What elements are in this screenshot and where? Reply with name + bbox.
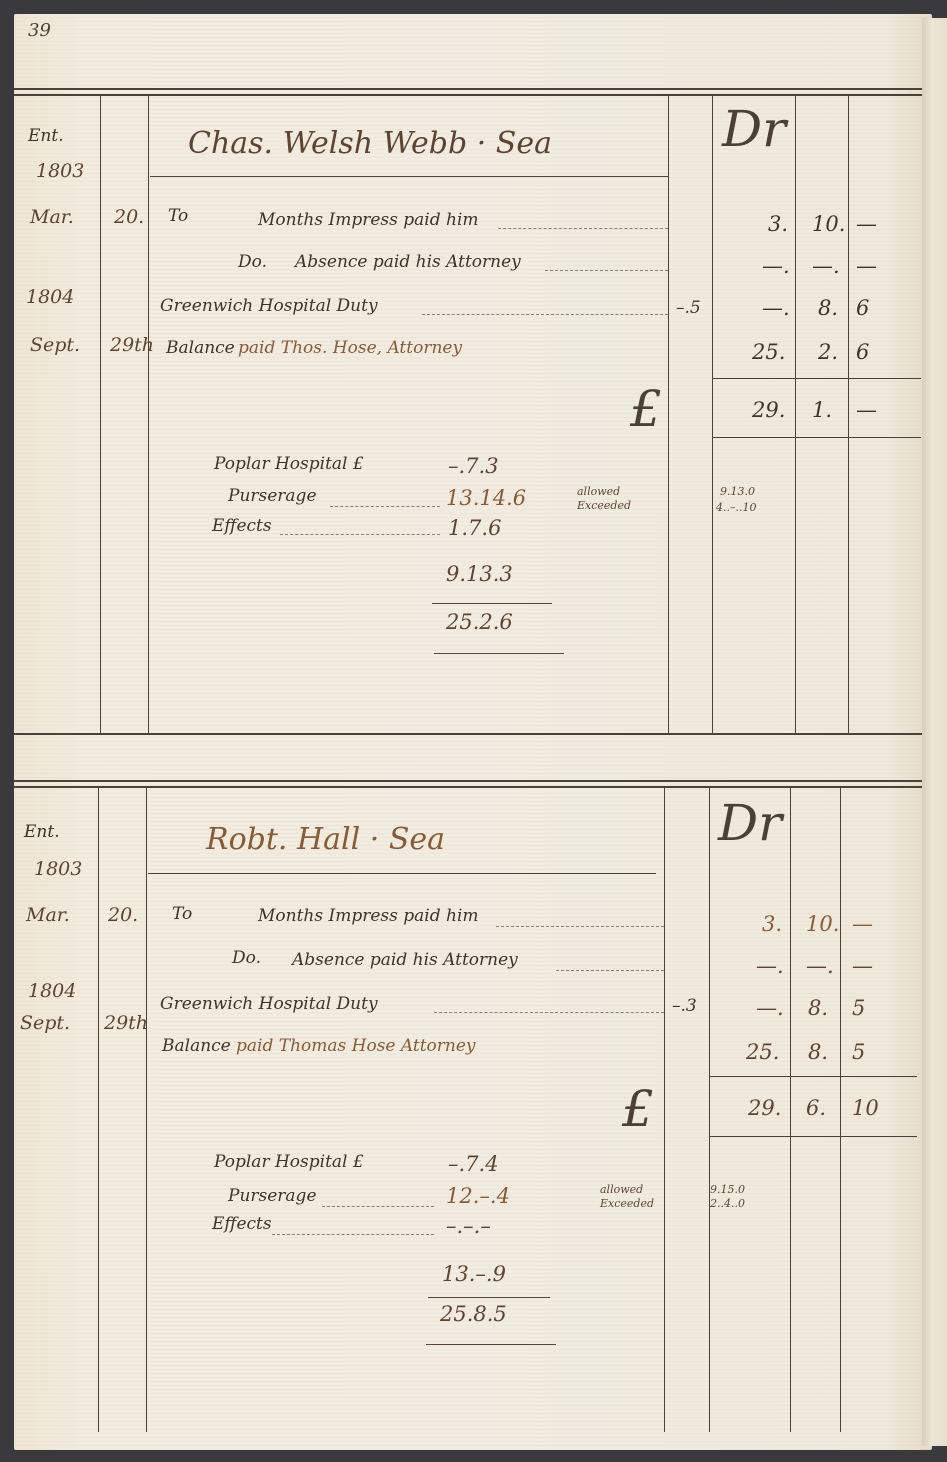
amount-pence: —	[852, 954, 873, 978]
month: Mar.	[30, 206, 74, 228]
leader-dots	[330, 506, 440, 507]
col-divider	[790, 787, 791, 1432]
col-divider	[840, 787, 841, 1432]
month: Sept.	[30, 334, 80, 356]
entry-prefix: Do.	[238, 252, 267, 272]
entry-label: Ent.	[28, 126, 64, 146]
entry-description: Greenwich Hospital Duty	[160, 296, 378, 316]
total-pence: 10	[852, 1096, 879, 1120]
col-divider	[712, 95, 713, 733]
amount-pounds: 25.	[752, 340, 785, 364]
breakdown-value: –.7.4	[448, 1152, 499, 1176]
entry-prefix: Do.	[232, 948, 261, 968]
entry-memo: –.3	[672, 996, 697, 1016]
col-divider	[98, 787, 99, 1432]
amount-shillings: 8.	[818, 296, 838, 320]
entry-prefix: To	[172, 904, 192, 924]
header-rule	[150, 176, 668, 177]
breakdown-value: –.7.3	[448, 454, 499, 478]
entry-memo: –.5	[676, 298, 701, 318]
amount-pounds: —.	[756, 996, 784, 1020]
leader-dots	[422, 314, 668, 315]
exceeded-value: 4..–..10	[716, 502, 756, 514]
total-underline	[434, 653, 564, 654]
top-rule	[14, 88, 922, 90]
breakdown-subtotal: 9.13.3	[446, 562, 513, 586]
entry-description: Months Impress paid him	[258, 210, 479, 230]
year: 1804	[26, 286, 74, 308]
total-pound-sign: £	[622, 1080, 654, 1138]
entry-description: Months Impress paid him	[258, 906, 479, 926]
amount-shillings: 10.	[812, 212, 845, 236]
total-shillings: 6.	[806, 1096, 826, 1120]
entry-description: Absence paid his Attorney	[295, 252, 521, 272]
amount-pence: 5	[852, 996, 865, 1020]
amount-shillings: 2.	[818, 340, 838, 364]
entry-prefix: To	[168, 206, 188, 226]
leader-dots	[280, 534, 440, 535]
day: 20.	[108, 904, 138, 926]
exceeded-label: Exceeded	[600, 1198, 654, 1210]
year: 1804	[28, 980, 76, 1002]
month: Mar.	[26, 904, 70, 926]
day: 29th	[110, 334, 154, 356]
amount-pounds: —.	[756, 954, 784, 978]
breakdown-label: Purserage	[228, 1186, 317, 1206]
leader-dots	[498, 228, 668, 229]
entry-description: Greenwich Hospital Duty	[160, 994, 378, 1014]
allowed-label: allowed	[577, 486, 620, 498]
exceeded-value: 2..4..0	[710, 1198, 745, 1210]
breakdown-total: 25.2.6	[446, 610, 513, 634]
total-rule-2	[713, 437, 921, 438]
amount-shillings: 8.	[808, 1040, 828, 1064]
month: Sept.	[20, 1012, 70, 1034]
debtor-label: Dr	[718, 794, 782, 852]
top-rule-2	[14, 94, 922, 96]
col-divider	[668, 95, 669, 733]
entry-description-extra: paid Thomas Hose Attorney	[236, 1036, 476, 1056]
year: 1803	[34, 858, 82, 880]
total-underline	[426, 1344, 556, 1345]
debtor-label: Dr	[722, 100, 786, 158]
breakdown-value: 13.14.6	[446, 486, 526, 510]
entry-description: Balance	[166, 338, 235, 358]
breakdown-label: Poplar Hospital £	[214, 454, 364, 474]
leader-dots	[496, 926, 664, 927]
amount-pounds: 25.	[746, 1040, 779, 1064]
total-rule-2	[709, 1136, 917, 1137]
col-divider	[795, 95, 796, 733]
header-rule	[148, 873, 656, 874]
breakdown-label: Purserage	[228, 486, 317, 506]
leader-dots	[434, 1012, 664, 1013]
bottom-rule	[14, 733, 922, 735]
entry-description-extra: paid Thos. Hose, Attorney	[238, 338, 462, 358]
entry-label: Ent.	[24, 822, 60, 842]
amount-shillings: —.	[806, 954, 834, 978]
col-divider	[146, 787, 147, 1432]
year: 1803	[36, 160, 84, 182]
breakdown-label: Effects	[212, 516, 272, 536]
amount-shillings: —.	[812, 254, 840, 278]
col-divider	[148, 95, 149, 733]
amount-pence: 6	[856, 296, 869, 320]
amount-pence: —	[856, 212, 877, 236]
top-rule-2	[14, 786, 922, 788]
allowed-value: 9.13.0	[720, 486, 755, 498]
amount-shillings: 10.	[806, 912, 839, 936]
subtotal-underline	[428, 1297, 550, 1298]
page-edge	[922, 18, 947, 1446]
day: 29th	[104, 1012, 148, 1034]
page-number: 39	[28, 20, 51, 41]
total-pound-sign: £	[630, 380, 662, 438]
breakdown-total: 25.8.5	[440, 1302, 507, 1326]
col-divider	[100, 95, 101, 733]
account-name: Chas. Welsh Webb · Sea	[188, 126, 552, 161]
col-divider	[664, 787, 665, 1432]
col-divider	[848, 95, 849, 733]
amount-pounds: —.	[762, 254, 790, 278]
entry-description: Absence paid his Attorney	[292, 950, 518, 970]
total-rule	[709, 1076, 917, 1077]
breakdown-value: 12.–.4	[446, 1184, 510, 1208]
day: 20.	[114, 206, 144, 228]
exceeded-label: Exceeded	[577, 500, 631, 512]
breakdown-label: Effects	[212, 1214, 272, 1234]
col-divider	[709, 787, 710, 1432]
amount-pence: 5	[852, 1040, 865, 1064]
amount-shillings: 8.	[808, 996, 828, 1020]
leader-dots	[322, 1206, 434, 1207]
total-pence: —	[856, 398, 877, 422]
account-name: Robt. Hall · Sea	[206, 822, 445, 857]
leader-dots	[556, 970, 664, 971]
allowed-value: 9.15.0	[710, 1184, 745, 1196]
breakdown-value: 1.7.6	[448, 516, 501, 540]
leader-dots	[545, 270, 668, 271]
entry-description: Balance	[162, 1036, 231, 1056]
amount-pence: 6	[856, 340, 869, 364]
breakdown-value: –.–.–	[446, 1214, 491, 1238]
total-rule	[713, 378, 921, 379]
amount-pounds: —.	[762, 296, 790, 320]
total-shillings: 1.	[812, 398, 832, 422]
subtotal-underline	[432, 603, 552, 604]
total-pounds: 29.	[752, 398, 785, 422]
total-pounds: 29.	[748, 1096, 781, 1120]
leader-dots	[272, 1234, 434, 1235]
amount-pounds: 3.	[762, 912, 782, 936]
top-rule	[14, 780, 922, 782]
breakdown-subtotal: 13.–.9	[442, 1262, 506, 1286]
amount-pence: —	[852, 912, 873, 936]
amount-pounds: 3.	[768, 212, 788, 236]
breakdown-label: Poplar Hospital £	[214, 1152, 364, 1172]
allowed-label: allowed	[600, 1184, 643, 1196]
amount-pence: —	[856, 254, 877, 278]
